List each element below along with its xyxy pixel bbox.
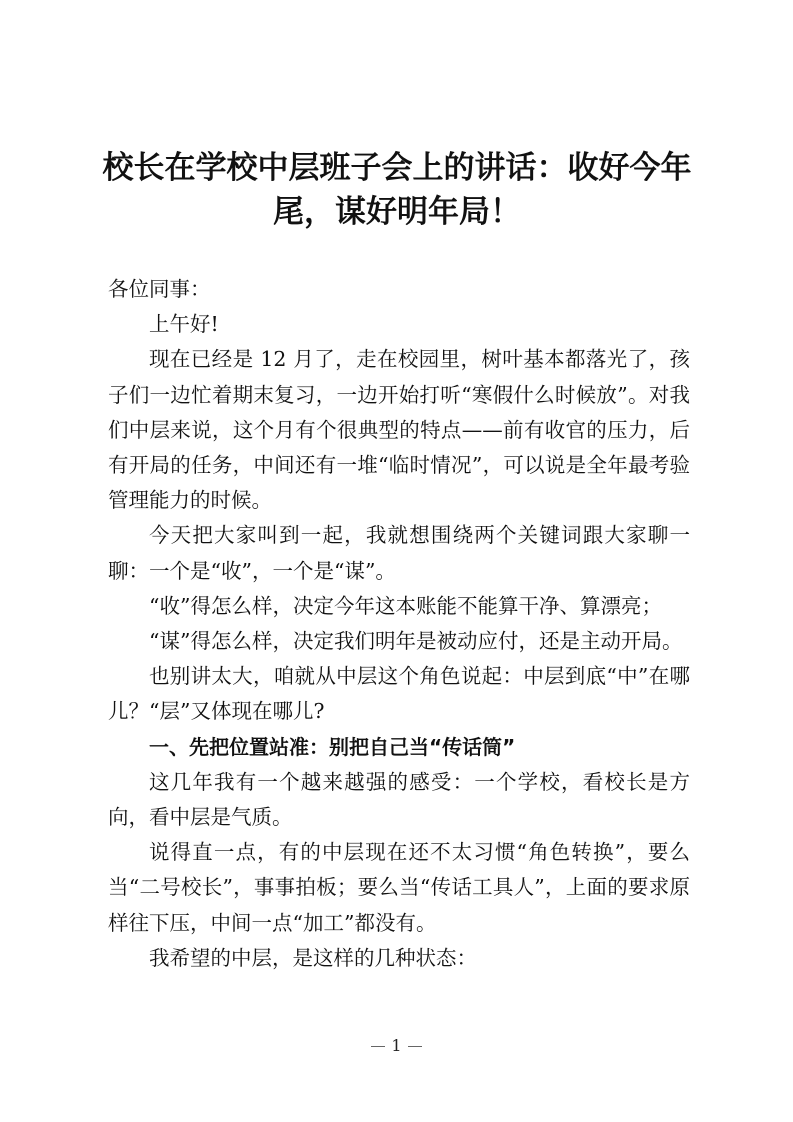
footer-dash-left xyxy=(371,1046,385,1047)
paragraph: “谋”得怎么样，决定我们明年是被动应付，还是主动开局。 xyxy=(108,624,690,659)
document-body: 各位同事： 上午好! 现在已经是 12 月了，走在校园里，树叶基本都落光了，孩子… xyxy=(108,272,690,976)
paragraph: 我希望的中层，是这样的几种状态： xyxy=(108,941,690,976)
paragraph: 这几年我有一个越来越强的感受：一个学校，看校长是方向，看中层是气质。 xyxy=(108,765,690,835)
paragraph: 说得直一点，有的中层现在还不太习惯“角色转换”，要么当“二号校长”，事事拍板；要… xyxy=(108,835,690,941)
salutation: 各位同事： xyxy=(108,272,690,307)
footer-dash-right xyxy=(408,1046,422,1047)
paragraph: 上午好! xyxy=(108,307,690,342)
page-number: 1 xyxy=(391,1036,401,1055)
paragraph: 也别讲太大，咱就从中层这个角色说起：中层到底“中”在哪儿？“层”又体现在哪儿? xyxy=(108,659,690,729)
document-page: 校长在学校中层班子会上的讲话：收好今年尾，谋好明年局！ 各位同事： 上午好! 现… xyxy=(0,0,793,1122)
paragraph: “收”得怎么样，决定今年这本账能不能算干净、算漂亮； xyxy=(108,589,690,624)
section-heading: 一、先把位置站准：别把自己当“传话筒” xyxy=(108,730,690,765)
paragraph: 现在已经是 12 月了，走在校园里，树叶基本都落光了，孩子们一边忙着期末复习，一… xyxy=(108,342,690,518)
document-title: 校长在学校中层班子会上的讲话：收好今年尾，谋好明年局！ xyxy=(100,146,694,234)
page-footer: 1 xyxy=(0,1036,793,1055)
paragraph: 今天把大家叫到一起，我就想围绕两个关键词跟大家聊一聊：一个是“收”，一个是“谋”… xyxy=(108,518,690,588)
